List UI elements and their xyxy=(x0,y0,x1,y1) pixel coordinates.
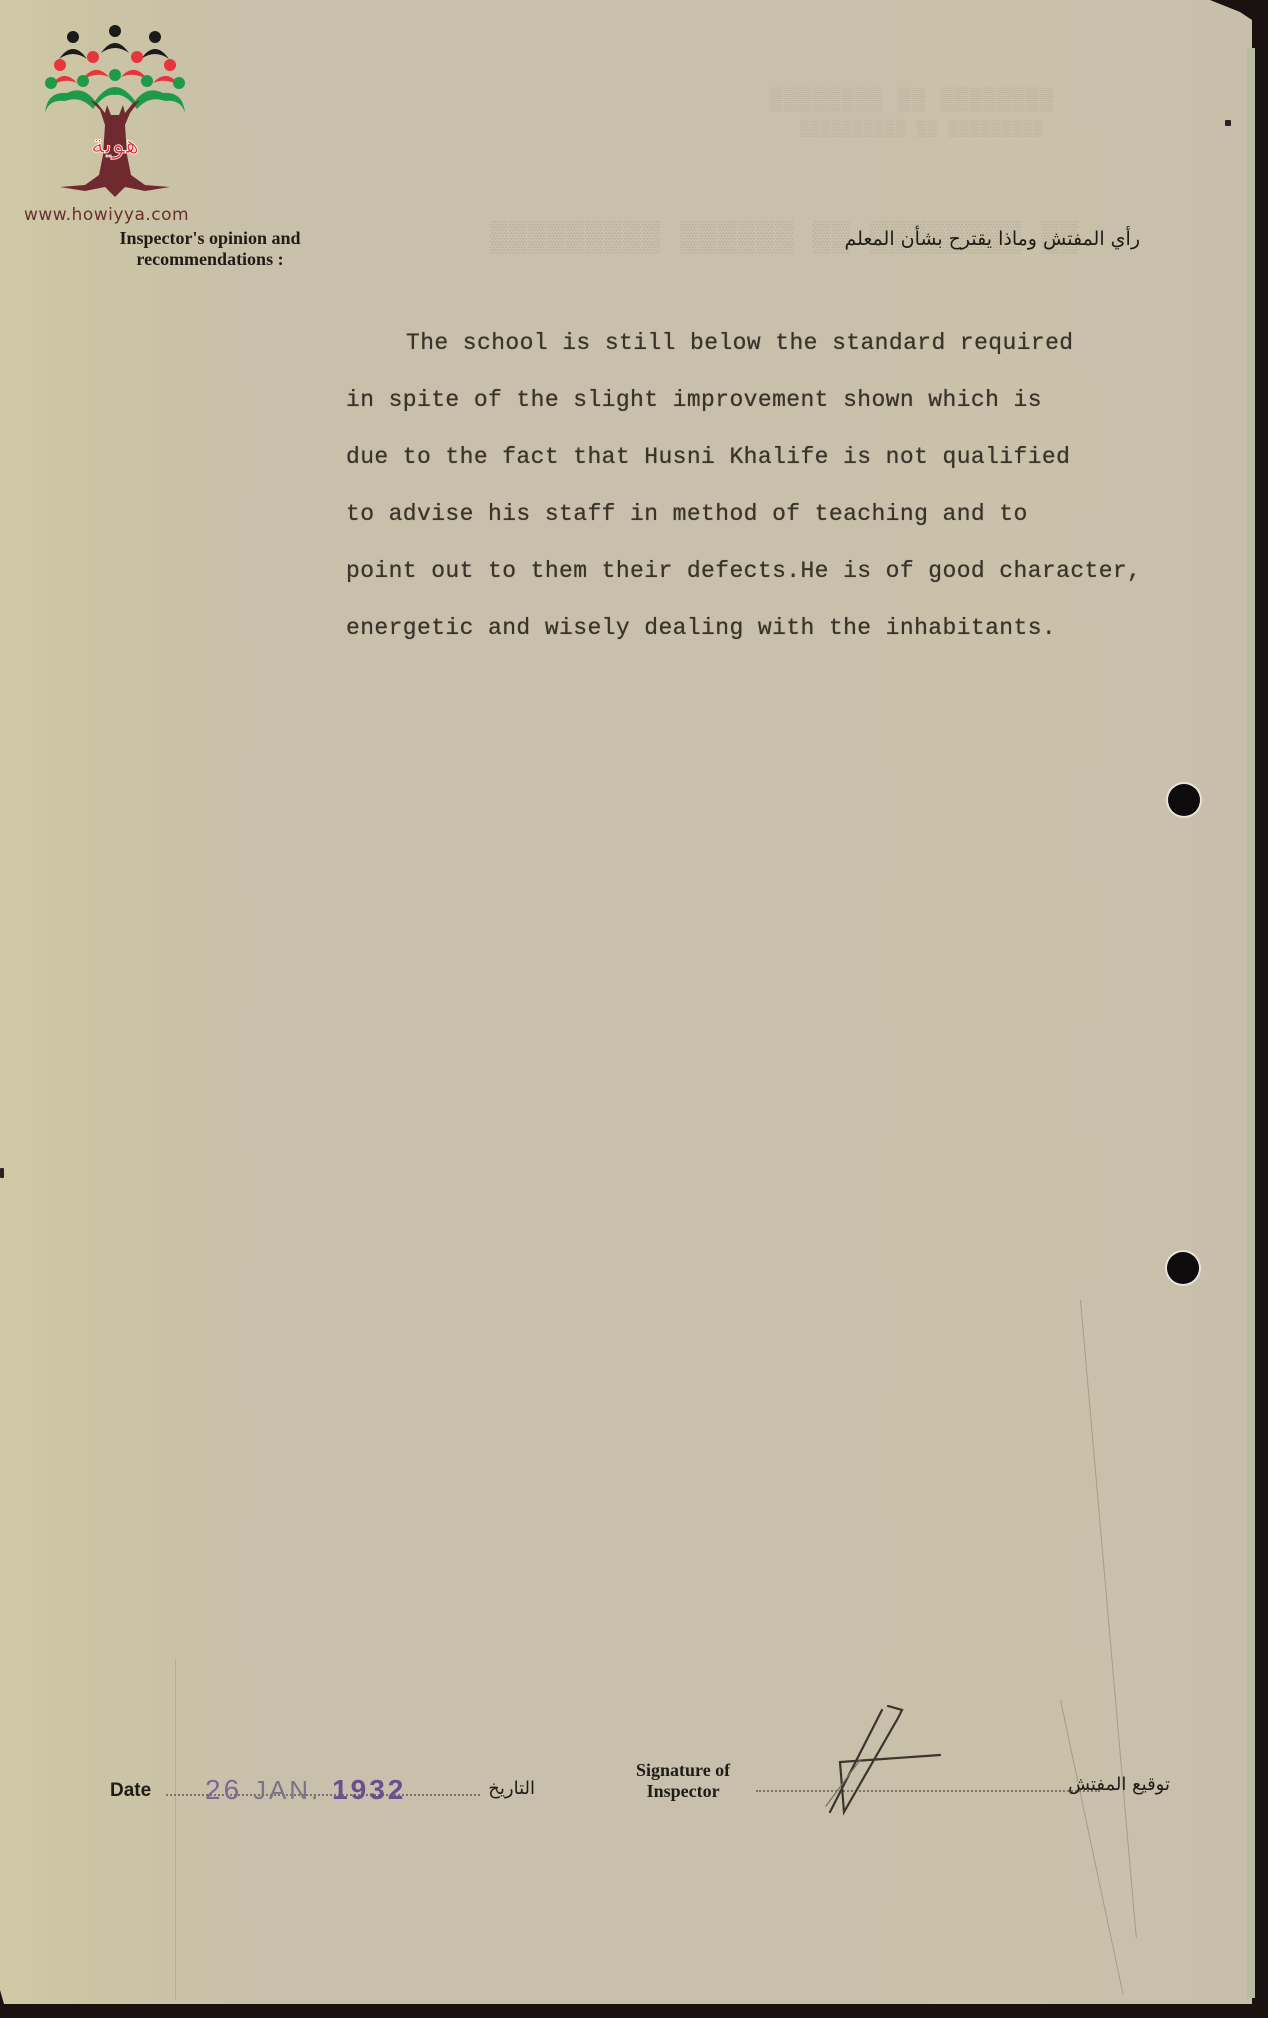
date-stamp-year: 1932 xyxy=(332,1774,406,1805)
date-stamp-day: 26 xyxy=(205,1774,242,1805)
ink-speck xyxy=(1225,120,1231,126)
body-line: point out to them their defects.He is of… xyxy=(346,554,1226,611)
handwritten-signature-icon xyxy=(820,1700,950,1820)
punch-hole-bottom xyxy=(1167,1252,1199,1284)
svg-text:هوية: هوية xyxy=(91,130,139,160)
section-label-inspector-opinion: Inspector's opinion and recommendations … xyxy=(90,228,330,270)
punch-hole-top xyxy=(1168,784,1200,816)
ink-speck xyxy=(0,1168,4,1178)
signature-label-line2: Inspector xyxy=(636,1781,730,1802)
date-stamp-month: JAN. xyxy=(253,1775,321,1805)
body-line: in spite of the slight improvement shown… xyxy=(346,383,1226,440)
bleed-through-subheader: ▒▒▒▒▒▒▒▒▒▒ ▒▒ ▒▒▒▒▒▒▒▒▒ xyxy=(800,120,1044,138)
typed-report-body: The school is still below the standard r… xyxy=(346,326,1226,668)
body-line: to advise his staff in method of teachin… xyxy=(346,497,1226,554)
paper-crease xyxy=(1080,1300,1137,1938)
section-label-arabic: رأي المفتش وماذا يقترح بشأن المعلم xyxy=(844,228,1140,250)
paper-crease xyxy=(175,1660,176,2000)
date-stamp: 26 JAN. 1932 xyxy=(205,1774,406,1806)
signature-label-arabic: توقيع المفتش xyxy=(1068,1774,1170,1795)
bleed-through-header: ▒▒▒▒▒▒▒▒ ▒▒ ▒▒▒▒▒▒▒▒ xyxy=(770,88,1054,113)
section-label-line1: Inspector's opinion and xyxy=(90,228,330,249)
section-label-line2: recommendations : xyxy=(90,249,330,270)
date-field: Date 26 JAN. 1932 التاريخ xyxy=(110,1772,535,1806)
document-page: ▒▒▒▒▒▒▒▒ ▒▒ ▒▒▒▒▒▒▒▒ ▒▒▒▒▒▒▒▒▒▒ ▒▒ ▒▒▒▒▒… xyxy=(0,0,1252,2004)
body-line: energetic and wisely dealing with the in… xyxy=(346,611,1226,668)
date-label-arabic: التاريخ xyxy=(488,1778,535,1799)
watermark-url: www.howiyya.com xyxy=(24,205,189,225)
body-line: due to the fact that Husni Khalife is no… xyxy=(346,440,1226,497)
date-label: Date xyxy=(110,1780,151,1802)
paper-crease xyxy=(1060,1700,1123,1994)
signature-label-line1: Signature of xyxy=(636,1760,730,1781)
body-line: The school is still below the standard r… xyxy=(346,326,1226,383)
scan-edge-strip xyxy=(1247,48,1255,1998)
howiyya-logo-icon: هوية xyxy=(45,25,185,200)
signature-label: Signature of Inspector xyxy=(636,1760,730,1802)
